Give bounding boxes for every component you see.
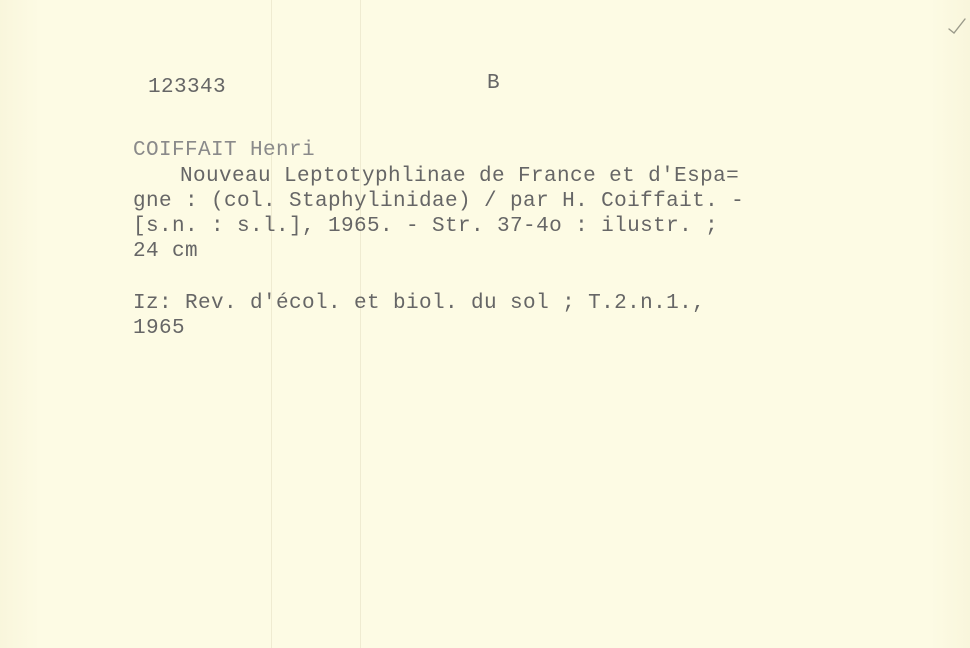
checkmark-icon: [948, 18, 966, 34]
paper-crease: [271, 0, 272, 648]
catalog-card: 123343 B COIFFAIT Henri Nouveau Leptotyp…: [0, 0, 970, 648]
source-line: Iz: Rev. d'écol. et biol. du sol ; T.2.n…: [133, 292, 705, 316]
source-year-line: 1965: [133, 317, 185, 341]
accession-number: 123343: [148, 76, 226, 100]
publication-line: [s.n. : s.l.], 1965. - Str. 37-4o : ilus…: [133, 215, 718, 239]
shelf-mark: B: [487, 72, 500, 96]
title-line: gne : (col. Staphylinidae) / par H. Coif…: [133, 190, 744, 214]
title-line: Nouveau Leptotyphlinae de France et d'Es…: [180, 165, 739, 189]
dimensions-line: 24 cm: [133, 240, 198, 264]
author-heading: COIFFAIT Henri: [133, 139, 315, 163]
paper-crease: [360, 0, 361, 648]
